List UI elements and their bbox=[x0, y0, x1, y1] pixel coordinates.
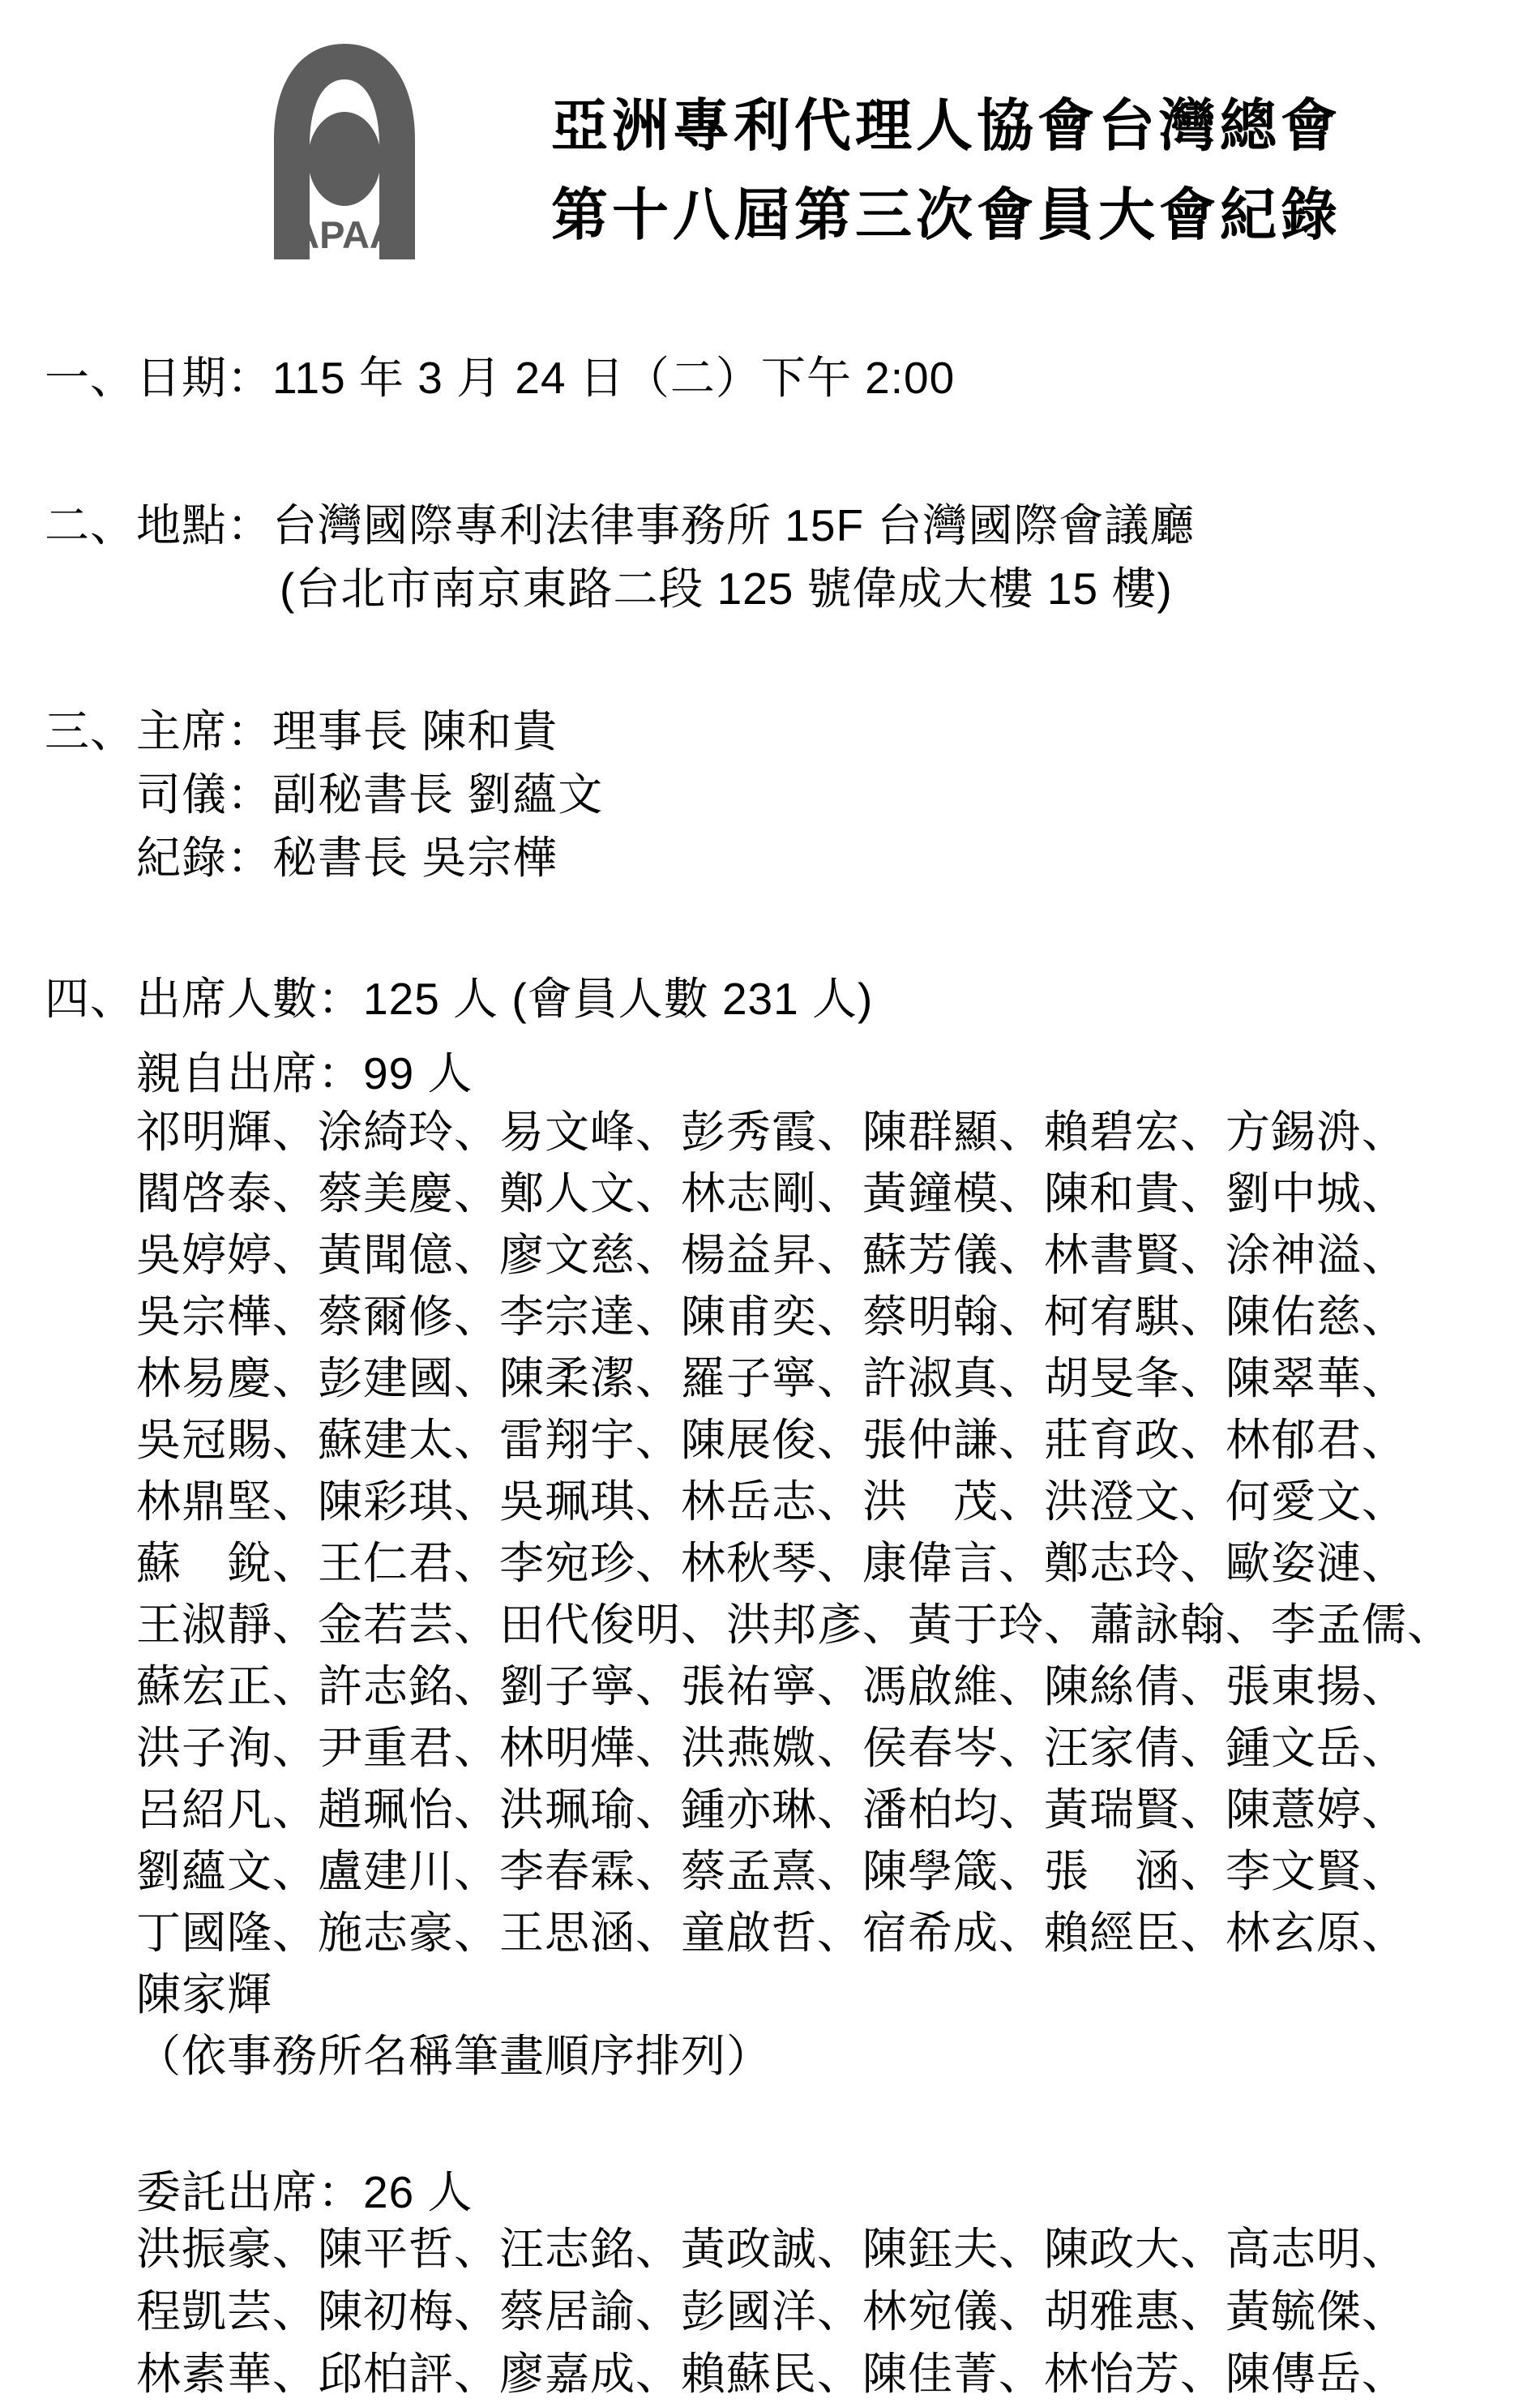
chair-value: 理事長 陳和貴 bbox=[272, 706, 558, 756]
item-number: 三、 bbox=[45, 696, 136, 760]
document-header: APAA 亞洲專利代理人協會台灣總會 第十八屆第三次會員大會紀錄 bbox=[259, 39, 1341, 259]
attendee-line: 洪振豪、陳平哲、汪志銘、黃政誠、陳鈺夫、陳政大、高志明、 bbox=[136, 2218, 1407, 2281]
attendance-label: 出席人數： bbox=[136, 974, 363, 1024]
apaa-egg-icon bbox=[308, 112, 381, 206]
chair-line: 三、主席：理事長 陳和貴 bbox=[45, 696, 558, 760]
apaa-logo: APAA bbox=[259, 39, 430, 259]
recorder-line: 紀錄：秘書長 吳宗樺 bbox=[136, 822, 558, 886]
recorder-value: 秘書長 吳宗樺 bbox=[272, 833, 558, 883]
document-page: APAA 亞洲專利代理人協會台灣總會 第十八屆第三次會員大會紀錄 一、日期：11… bbox=[0, 0, 1540, 2407]
location-value: 台灣國際專利法律事務所 15F 台灣國際會議廳 bbox=[272, 500, 1195, 550]
attendee-line: 祁明輝、涂綺玲、易文峰、彭秀霞、陳群顯、賴碧宏、方錫洀、 bbox=[136, 1101, 1452, 1163]
attendee-line: 洪子洵、尹重君、林明燁、洪燕媺、侯春岑、汪家倩、鍾文岳、 bbox=[136, 1717, 1452, 1779]
mc-line: 司儀：副秘書長 劉蘊文 bbox=[136, 759, 603, 823]
chair-label: 主席： bbox=[136, 706, 272, 756]
location-line-1: 二、地點：台灣國際專利法律事務所 15F 台灣國際會議廳 bbox=[45, 490, 1195, 554]
mc-label: 司儀： bbox=[136, 769, 272, 820]
date-value: 115 年 3 月 24 日（二）下午 2:00 bbox=[272, 353, 955, 403]
attendee-line: 劉蘊文、盧建川、李春霖、蔡孟熹、陳學箴、張 涵、李文賢、 bbox=[136, 1840, 1452, 1902]
attendance-value: 125 人 (會員人數 231 人) bbox=[363, 974, 873, 1024]
attendee-line: 陳家輝 bbox=[136, 1964, 1452, 2025]
attendee-line: 吳冠賜、蘇建太、雷翔宇、陳展俊、張仲謙、莊育政、林郁君、 bbox=[136, 1409, 1452, 1471]
attendee-line: 吳婷婷、黃聞億、廖文慈、楊益昇、蘇芳儀、林書賢、涂神溢、 bbox=[136, 1224, 1452, 1286]
sort-order-note: （依事務所名稱筆畫順序排列） bbox=[136, 2025, 1452, 2087]
apaa-logo-text: APAA bbox=[292, 213, 397, 256]
attendee-line: 程凱芸、陳初梅、蔡居諭、彭國洋、林宛儀、胡雅惠、黃毓傑、 bbox=[136, 2281, 1407, 2343]
item-number: 二、 bbox=[45, 490, 136, 554]
proxy-heading: 委託出席：26 人 bbox=[136, 2156, 473, 2221]
attendee-line: 蘇宏正、許志銘、劉子寧、張祐寧、馮啟維、陳絲倩、張東揚、 bbox=[136, 1655, 1452, 1717]
attendee-line: 林鼎堅、陳彩琪、吳珮琪、林岳志、洪 茂、洪澄文、何愛文、 bbox=[136, 1471, 1452, 1532]
date-label: 日期： bbox=[136, 353, 272, 403]
org-title: 亞洲專利代理人協會台灣總會 bbox=[551, 81, 1341, 170]
meeting-title: 第十八屆第三次會員大會紀錄 bbox=[551, 170, 1341, 259]
attendee-line: 閻啓泰、蔡美慶、鄭人文、林志剛、黃鐘模、陳和貴、劉中城、 bbox=[136, 1163, 1452, 1224]
attendee-line: 丁國隆、施志豪、王思涵、童啟哲、宿希成、賴經臣、林玄原、 bbox=[136, 1902, 1452, 1964]
title-block: 亞洲專利代理人協會台灣總會 第十八屆第三次會員大會紀錄 bbox=[551, 39, 1341, 259]
attendee-line: 吳宗樺、蔡爾修、李宗達、陳甫奕、蔡明翰、柯宥騏、陳佑慈、 bbox=[136, 1286, 1452, 1347]
attendee-line: 呂紹凡、趙珮怡、洪珮瑜、鍾亦琳、潘柏均、黃瑞賢、陳薏婷、 bbox=[136, 1779, 1452, 1840]
attendee-line: 蘇 銳、王仁君、李宛珍、林秋琴、康偉言、鄭志玲、歐姿漣、 bbox=[136, 1532, 1452, 1594]
item-number: 一、 bbox=[45, 342, 136, 406]
attendee-line: 林素華、邱柏評、廖嘉成、賴蘇民、陳佳菁、林怡芳、陳傳岳、 bbox=[136, 2343, 1407, 2405]
in-person-heading: 親自出席：99 人 bbox=[136, 1038, 473, 1102]
attendee-line: 林易慶、彭建國、陳柔潔、羅子寧、許淑真、胡旻夆、陳翠華、 bbox=[136, 1347, 1452, 1409]
in-person-list: 祁明輝、涂綺玲、易文峰、彭秀霞、陳群顯、賴碧宏、方錫洀、 閻啓泰、蔡美慶、鄭人文… bbox=[136, 1101, 1452, 2087]
item-number: 四、 bbox=[45, 963, 136, 1027]
date-line: 一、日期：115 年 3 月 24 日（二）下午 2:00 bbox=[45, 342, 955, 406]
location-line-2: (台北市南京東路二段 125 號偉成大樓 15 樓) bbox=[280, 553, 1173, 617]
recorder-label: 紀錄： bbox=[136, 833, 272, 883]
attendee-line: 王淑靜、金若芸、田代俊明、洪邦彥、黃于玲、蕭詠翰、李孟儒、 bbox=[136, 1594, 1452, 1655]
attendance-heading: 四、出席人數：125 人 (會員人數 231 人) bbox=[45, 963, 873, 1027]
proxy-list: 洪振豪、陳平哲、汪志銘、黃政誠、陳鈺夫、陳政大、高志明、 程凱芸、陳初梅、蔡居諭… bbox=[136, 2218, 1407, 2405]
location-label: 地點： bbox=[136, 500, 272, 550]
mc-value: 副秘書長 劉蘊文 bbox=[272, 769, 603, 820]
